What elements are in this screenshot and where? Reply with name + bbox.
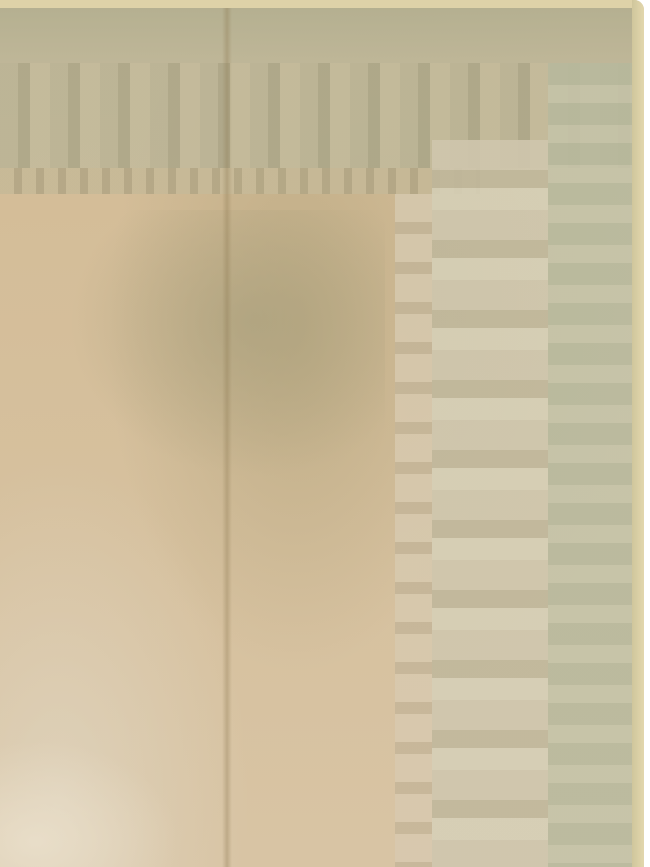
bottom-medallion: [0, 740, 180, 867]
right-outer-border: [548, 63, 632, 867]
rug-photo: [0, 0, 644, 867]
top-selvedge: [0, 0, 644, 8]
right-guard-border: [395, 194, 432, 867]
top-outer-border: [0, 8, 632, 63]
rug-seam: [222, 0, 232, 867]
top-guard-border: [0, 168, 480, 194]
right-main-border: [432, 140, 548, 867]
corner-medallion: [55, 210, 385, 490]
right-selvedge: [632, 0, 644, 867]
